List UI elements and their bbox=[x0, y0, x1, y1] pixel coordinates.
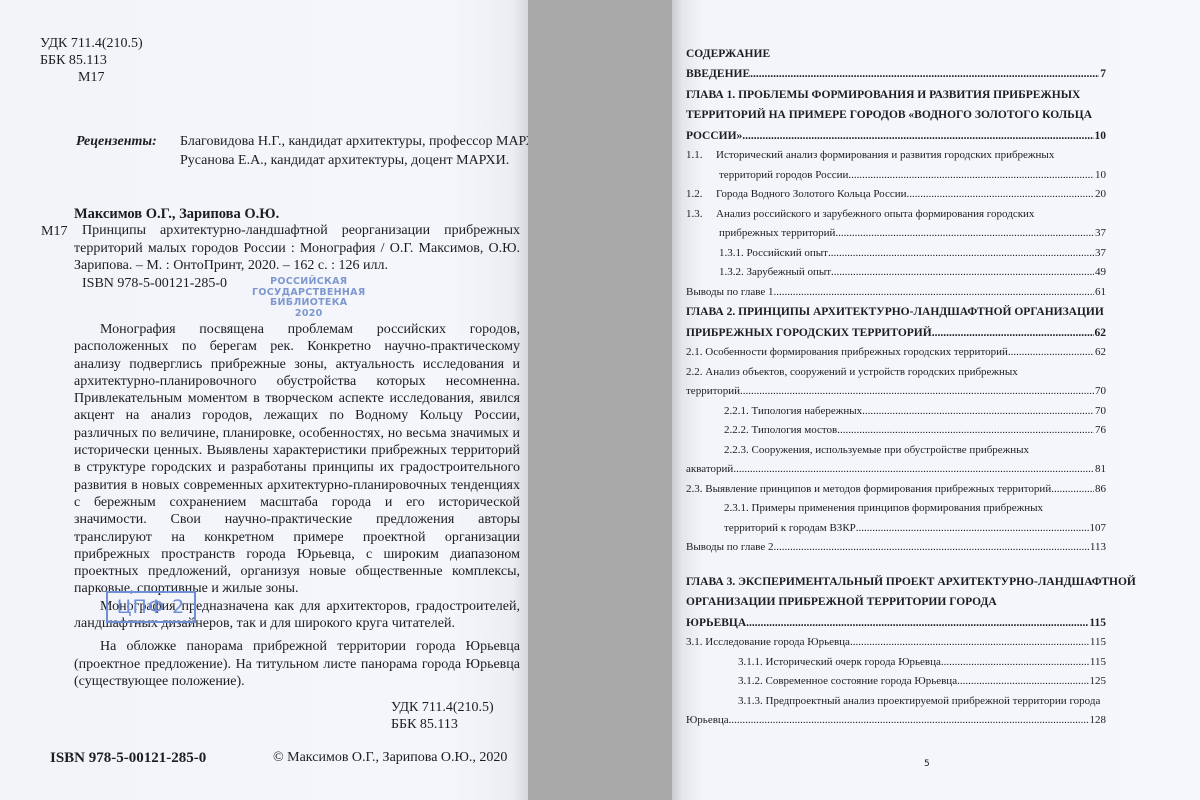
book-gutter bbox=[528, 0, 672, 800]
toc-entry: территорий городов России...............… bbox=[686, 166, 1106, 186]
udk-code: УДК 711.4(210.5) bbox=[40, 35, 143, 52]
toc-page-number: 107 bbox=[1089, 519, 1107, 539]
toc-leader-dots: ........................................… bbox=[1008, 343, 1094, 363]
toc-entry-text: Юрьевца bbox=[686, 711, 729, 731]
toc-entry: территорий..............................… bbox=[686, 382, 1106, 402]
toc-leader-dots: ........................................… bbox=[932, 323, 1094, 344]
toc-entry-number: 1.1. bbox=[686, 146, 716, 166]
page-number: 5 bbox=[924, 759, 930, 769]
toc-entry-text: ГЛАВА 3. ЭКСПЕРИМЕНТАЛЬНЫЙ ПРОЕКТ АРХИТЕ… bbox=[686, 572, 1136, 593]
toc-entry: Юрьевца.................................… bbox=[686, 711, 1106, 731]
toc-entry-text: территорий bbox=[686, 382, 740, 402]
toc-leader-dots: ........................................… bbox=[1051, 480, 1094, 500]
toc-entry-text: РОССИИ» bbox=[686, 126, 742, 147]
toc-leader-dots: ........................................… bbox=[831, 263, 1094, 283]
library-stamp: РОССИЙСКАЯ ГОСУДАРСТВЕННАЯ БИБЛИОТЕКА 20… bbox=[252, 277, 365, 319]
toc-entry: ПРИБРЕЖНЫХ ГОРОДСКИХ ТЕРРИТОРИЙ ........… bbox=[686, 323, 1106, 344]
toc-entry-text: ГЛАВА 2. ПРИНЦИПЫ АРХИТЕКТУРНО-ЛАНДШАФТН… bbox=[686, 302, 1104, 323]
toc-page-number: 115 bbox=[1088, 613, 1106, 634]
toc-entry: 1.3.Анализ российского и зарубежного опы… bbox=[686, 205, 1106, 225]
stamp-line: 2020 bbox=[252, 309, 365, 320]
toc-leader-dots: ........................................… bbox=[906, 185, 1094, 205]
toc-entry-text: ПРИБРЕЖНЫХ ГОРОДСКИХ ТЕРРИТОРИЙ bbox=[686, 323, 932, 344]
toc-entry-text: 3.1.2. Современное состояние города Юрье… bbox=[738, 672, 957, 692]
toc-leader-dots: ........................................… bbox=[733, 460, 1094, 480]
bbk-code: ББК 85.113 bbox=[40, 52, 143, 69]
toc-gap bbox=[686, 558, 1106, 572]
toc-page-number: 49 bbox=[1094, 263, 1106, 283]
toc-leader-dots: ........................................… bbox=[729, 711, 1089, 731]
toc-entry: прибрежных территорий...................… bbox=[686, 224, 1106, 244]
toc-entry: 3.1.3. Предпроектный анализ проектируемо… bbox=[686, 692, 1106, 712]
toc-entry-text: прибрежных территорий bbox=[719, 224, 835, 244]
toc-entry-text: 2.3. Выявление принципов и методов форми… bbox=[686, 480, 1051, 500]
udk-code-bottom: УДК 711.4(210.5) bbox=[391, 699, 494, 716]
reviewer-2: Русанова Е.А., кандидат архитектуры, доц… bbox=[76, 151, 528, 170]
toc-entry: 2.1. Особенности формирования прибрежных… bbox=[686, 343, 1106, 363]
stamp-line: РОССИЙСКАЯ bbox=[252, 277, 365, 288]
toc-page-number: 61 bbox=[1094, 283, 1106, 303]
copyright: © Максимов О.Г., Зарипова О.Ю., 2020 bbox=[273, 750, 507, 766]
toc-leader-dots: ........................................… bbox=[856, 519, 1089, 539]
biblio-mark: М17 bbox=[41, 224, 67, 240]
toc-entry-text: ГЛАВА 1. ПРОБЛЕМЫ ФОРМИРОВАНИЯ И РАЗВИТИ… bbox=[686, 85, 1080, 106]
toc-entry: 2.3.1. Примеры применения принципов форм… bbox=[686, 499, 1106, 519]
library-codes: УДК 711.4(210.5) ББК 85.113 М17 bbox=[40, 35, 143, 86]
toc-leader-dots: ........................................… bbox=[941, 653, 1089, 673]
toc-leader-dots: ........................................… bbox=[746, 613, 1088, 634]
toc-entry: Выводы по главе 2.......................… bbox=[686, 538, 1106, 558]
toc-entry: ТЕРРИТОРИЙ НА ПРИМЕРЕ ГОРОДОВ «ВОДНОГО З… bbox=[686, 105, 1106, 126]
authors: Максимов О.Г., Зарипова О.Ю. bbox=[74, 206, 279, 223]
toc-entry: ВВЕДЕНИЕ................................… bbox=[686, 64, 1106, 85]
toc-leader-dots: ........................................… bbox=[957, 672, 1088, 692]
toc-entry-text: 1.2.Города Водного Золотого Кольца Росси… bbox=[686, 185, 906, 205]
toc-entry-text: 2.1. Особенности формирования прибрежных… bbox=[686, 343, 1008, 363]
toc-entry-text: Выводы по главе 2 bbox=[686, 538, 774, 558]
toc-leader-dots: ........................................… bbox=[750, 64, 1099, 85]
toc-leader-dots: ........................................… bbox=[862, 402, 1094, 422]
right-page: СОДЕРЖАНИЕ ВВЕДЕНИЕ.....................… bbox=[672, 0, 1200, 800]
toc-leader-dots: ........................................… bbox=[774, 283, 1095, 303]
cover-note-text: На обложке панорама прибрежной территори… bbox=[74, 638, 520, 691]
toc-page-number: 7 bbox=[1099, 64, 1106, 85]
toc-entry: акваторий...............................… bbox=[686, 460, 1106, 480]
toc-page-number: 128 bbox=[1089, 711, 1107, 731]
toc-leader-dots: ........................................… bbox=[742, 126, 1093, 147]
toc-entry-text: 1.1.Исторический анализ формирования и р… bbox=[686, 146, 1054, 166]
toc-page-number: 70 bbox=[1094, 402, 1106, 422]
toc-page-number: 86 bbox=[1094, 480, 1106, 500]
toc-entry: РОССИИ».................................… bbox=[686, 126, 1106, 147]
toc-entry: ЮРЬЕВЦА.................................… bbox=[686, 613, 1106, 634]
bibliographic-description: Принципы архитектурно-ландшафтной реорга… bbox=[74, 222, 520, 275]
toc-entry: 2.2. Анализ объектов, сооружений и устро… bbox=[686, 363, 1106, 383]
toc-entry: ГЛАВА 3. ЭКСПЕРИМЕНТАЛЬНЫЙ ПРОЕКТ АРХИТЕ… bbox=[686, 572, 1106, 593]
toc-entry-text: 3.1. Исследование города Юрьевца bbox=[686, 633, 850, 653]
toc-page-number: 20 bbox=[1094, 185, 1106, 205]
toc-leader-dots: ........................................… bbox=[774, 538, 1089, 558]
reviewer-1: Благовидова Н.Г., кандидат архитектуры, … bbox=[180, 134, 528, 149]
toc-entry: 3.1.2. Современное состояние города Юрье… bbox=[686, 672, 1106, 692]
toc-leader-dots: ........................................… bbox=[848, 166, 1094, 186]
reviewers-block: Рецензенты:Благовидова Н.Г., кандидат ар… bbox=[76, 132, 528, 170]
toc-leader-dots: ........................................… bbox=[828, 244, 1094, 264]
toc-leader-dots: ........................................… bbox=[835, 224, 1094, 244]
toc-entry: 2.2.2. Типология мостов.................… bbox=[686, 421, 1106, 441]
toc-leader-dots: ........................................… bbox=[740, 382, 1094, 402]
isbn: ISBN 978-5-00121-285-0 bbox=[82, 276, 227, 292]
cpf-stamp: ЦПФ 2 bbox=[106, 591, 196, 623]
toc-page-number: 113 bbox=[1089, 538, 1106, 558]
toc-page-number: 70 bbox=[1094, 382, 1106, 402]
toc-entry-text: территорий городов России bbox=[719, 166, 848, 186]
reviewers-label: Рецензенты: bbox=[76, 132, 180, 151]
toc-entry-text: ЮРЬЕВЦА bbox=[686, 613, 746, 634]
toc-entry: 1.2.Города Водного Золотого Кольца Росси… bbox=[686, 185, 1106, 205]
toc-page-number: 10 bbox=[1094, 166, 1106, 186]
toc-entry: 1.1.Исторический анализ формирования и р… bbox=[686, 146, 1106, 166]
toc-entry: ГЛАВА 2. ПРИНЦИПЫ АРХИТЕКТУРНО-ЛАНДШАФТН… bbox=[686, 302, 1106, 323]
toc-title: СОДЕРЖАНИЕ bbox=[686, 44, 1106, 64]
toc-entry-text: 2.3.1. Примеры применения принципов форм… bbox=[724, 499, 1043, 519]
toc-entry: территорий к городам ВЗКР...............… bbox=[686, 519, 1106, 539]
toc-entry: 2.2.3. Сооружения, используемые при обус… bbox=[686, 441, 1106, 461]
toc-leader-dots: ........................................… bbox=[850, 633, 1089, 653]
left-page: УДК 711.4(210.5) ББК 85.113 М17 Рецензен… bbox=[0, 0, 528, 800]
toc-entry-text: 1.3.Анализ российского и зарубежного опы… bbox=[686, 205, 1034, 225]
author-mark: М17 bbox=[40, 69, 143, 86]
toc-page-number: 115 bbox=[1089, 633, 1106, 653]
library-codes-bottom: УДК 711.4(210.5) ББК 85.113 bbox=[391, 699, 494, 733]
toc-entry-text: акваторий bbox=[686, 460, 733, 480]
toc-entry: 1.3.1. Российский опыт..................… bbox=[686, 244, 1106, 264]
toc-entry-number: 1.2. bbox=[686, 185, 716, 205]
toc-page-number: 125 bbox=[1089, 672, 1107, 692]
toc-page-number: 81 bbox=[1094, 460, 1106, 480]
toc-page-number: 37 bbox=[1094, 244, 1106, 264]
toc-entry-text: ТЕРРИТОРИЙ НА ПРИМЕРЕ ГОРОДОВ «ВОДНОГО З… bbox=[686, 105, 1092, 126]
toc-entry-text: 2.2.3. Сооружения, используемые при обус… bbox=[724, 441, 1029, 461]
toc-leader-dots: ........................................… bbox=[837, 421, 1094, 441]
toc-entry-text: ВВЕДЕНИЕ bbox=[686, 64, 750, 85]
biblio-text: Принципы архитектурно-ландшафтной реорга… bbox=[74, 222, 520, 275]
toc-entry-text: 3.1.3. Предпроектный анализ проектируемо… bbox=[738, 692, 1100, 712]
toc-entry: 1.3.2. Зарубежный опыт..................… bbox=[686, 263, 1106, 283]
toc-entry-text: 2.2.2. Типология мостов bbox=[724, 421, 837, 441]
table-of-contents: СОДЕРЖАНИЕ ВВЕДЕНИЕ.....................… bbox=[686, 44, 1106, 731]
toc-page-number: 115 bbox=[1089, 653, 1106, 673]
toc-entry-text: 1.3.1. Российский опыт bbox=[719, 244, 828, 264]
toc-entry: ОРГАНИЗАЦИИ ПРИБРЕЖНОЙ ТЕРРИТОРИИ ГОРОДА bbox=[686, 592, 1106, 613]
toc-page-number: 76 bbox=[1094, 421, 1106, 441]
toc-page-number: 62 bbox=[1094, 343, 1106, 363]
toc-entry: 3.1. Исследование города Юрьевца........… bbox=[686, 633, 1106, 653]
toc-entry: 2.2.1. Типология набережных.............… bbox=[686, 402, 1106, 422]
toc-page-number: 37 bbox=[1094, 224, 1106, 244]
annotation-paragraph: Монография посвящена проблемам российски… bbox=[74, 321, 520, 598]
toc-entry-text: 2.2. Анализ объектов, сооружений и устро… bbox=[686, 363, 1018, 383]
cover-note: На обложке панорама прибрежной территори… bbox=[74, 638, 520, 691]
toc-entry-number: 1.3. bbox=[686, 205, 716, 225]
toc-entry: Выводы по главе 1.......................… bbox=[686, 283, 1106, 303]
toc-entry-text: 3.1.1. Исторический очерк города Юрьевца bbox=[738, 653, 941, 673]
stamp-line: БИБЛИОТЕКА bbox=[252, 298, 365, 309]
annotation: Монография посвящена проблемам российски… bbox=[74, 321, 520, 632]
toc-entry: 2.3. Выявление принципов и методов форми… bbox=[686, 480, 1106, 500]
bbk-code-bottom: ББК 85.113 bbox=[391, 716, 494, 733]
toc-entry-text: ОРГАНИЗАЦИИ ПРИБРЕЖНОЙ ТЕРРИТОРИИ ГОРОДА bbox=[686, 592, 997, 613]
toc-page-number: 10 bbox=[1094, 126, 1107, 147]
toc-entry-text: 2.2.1. Типология набережных bbox=[724, 402, 862, 422]
toc-page-number: 62 bbox=[1094, 323, 1107, 344]
toc-entry-text: территорий к городам ВЗКР bbox=[724, 519, 856, 539]
toc-entry: 3.1.1. Исторический очерк города Юрьевца… bbox=[686, 653, 1106, 673]
toc-entry: ГЛАВА 1. ПРОБЛЕМЫ ФОРМИРОВАНИЯ И РАЗВИТИ… bbox=[686, 85, 1106, 106]
toc-entry-text: 1.3.2. Зарубежный опыт bbox=[719, 263, 831, 283]
isbn-bold: ISBN 978-5-00121-285-0 bbox=[50, 750, 206, 767]
toc-entry-text: Выводы по главе 1 bbox=[686, 283, 774, 303]
